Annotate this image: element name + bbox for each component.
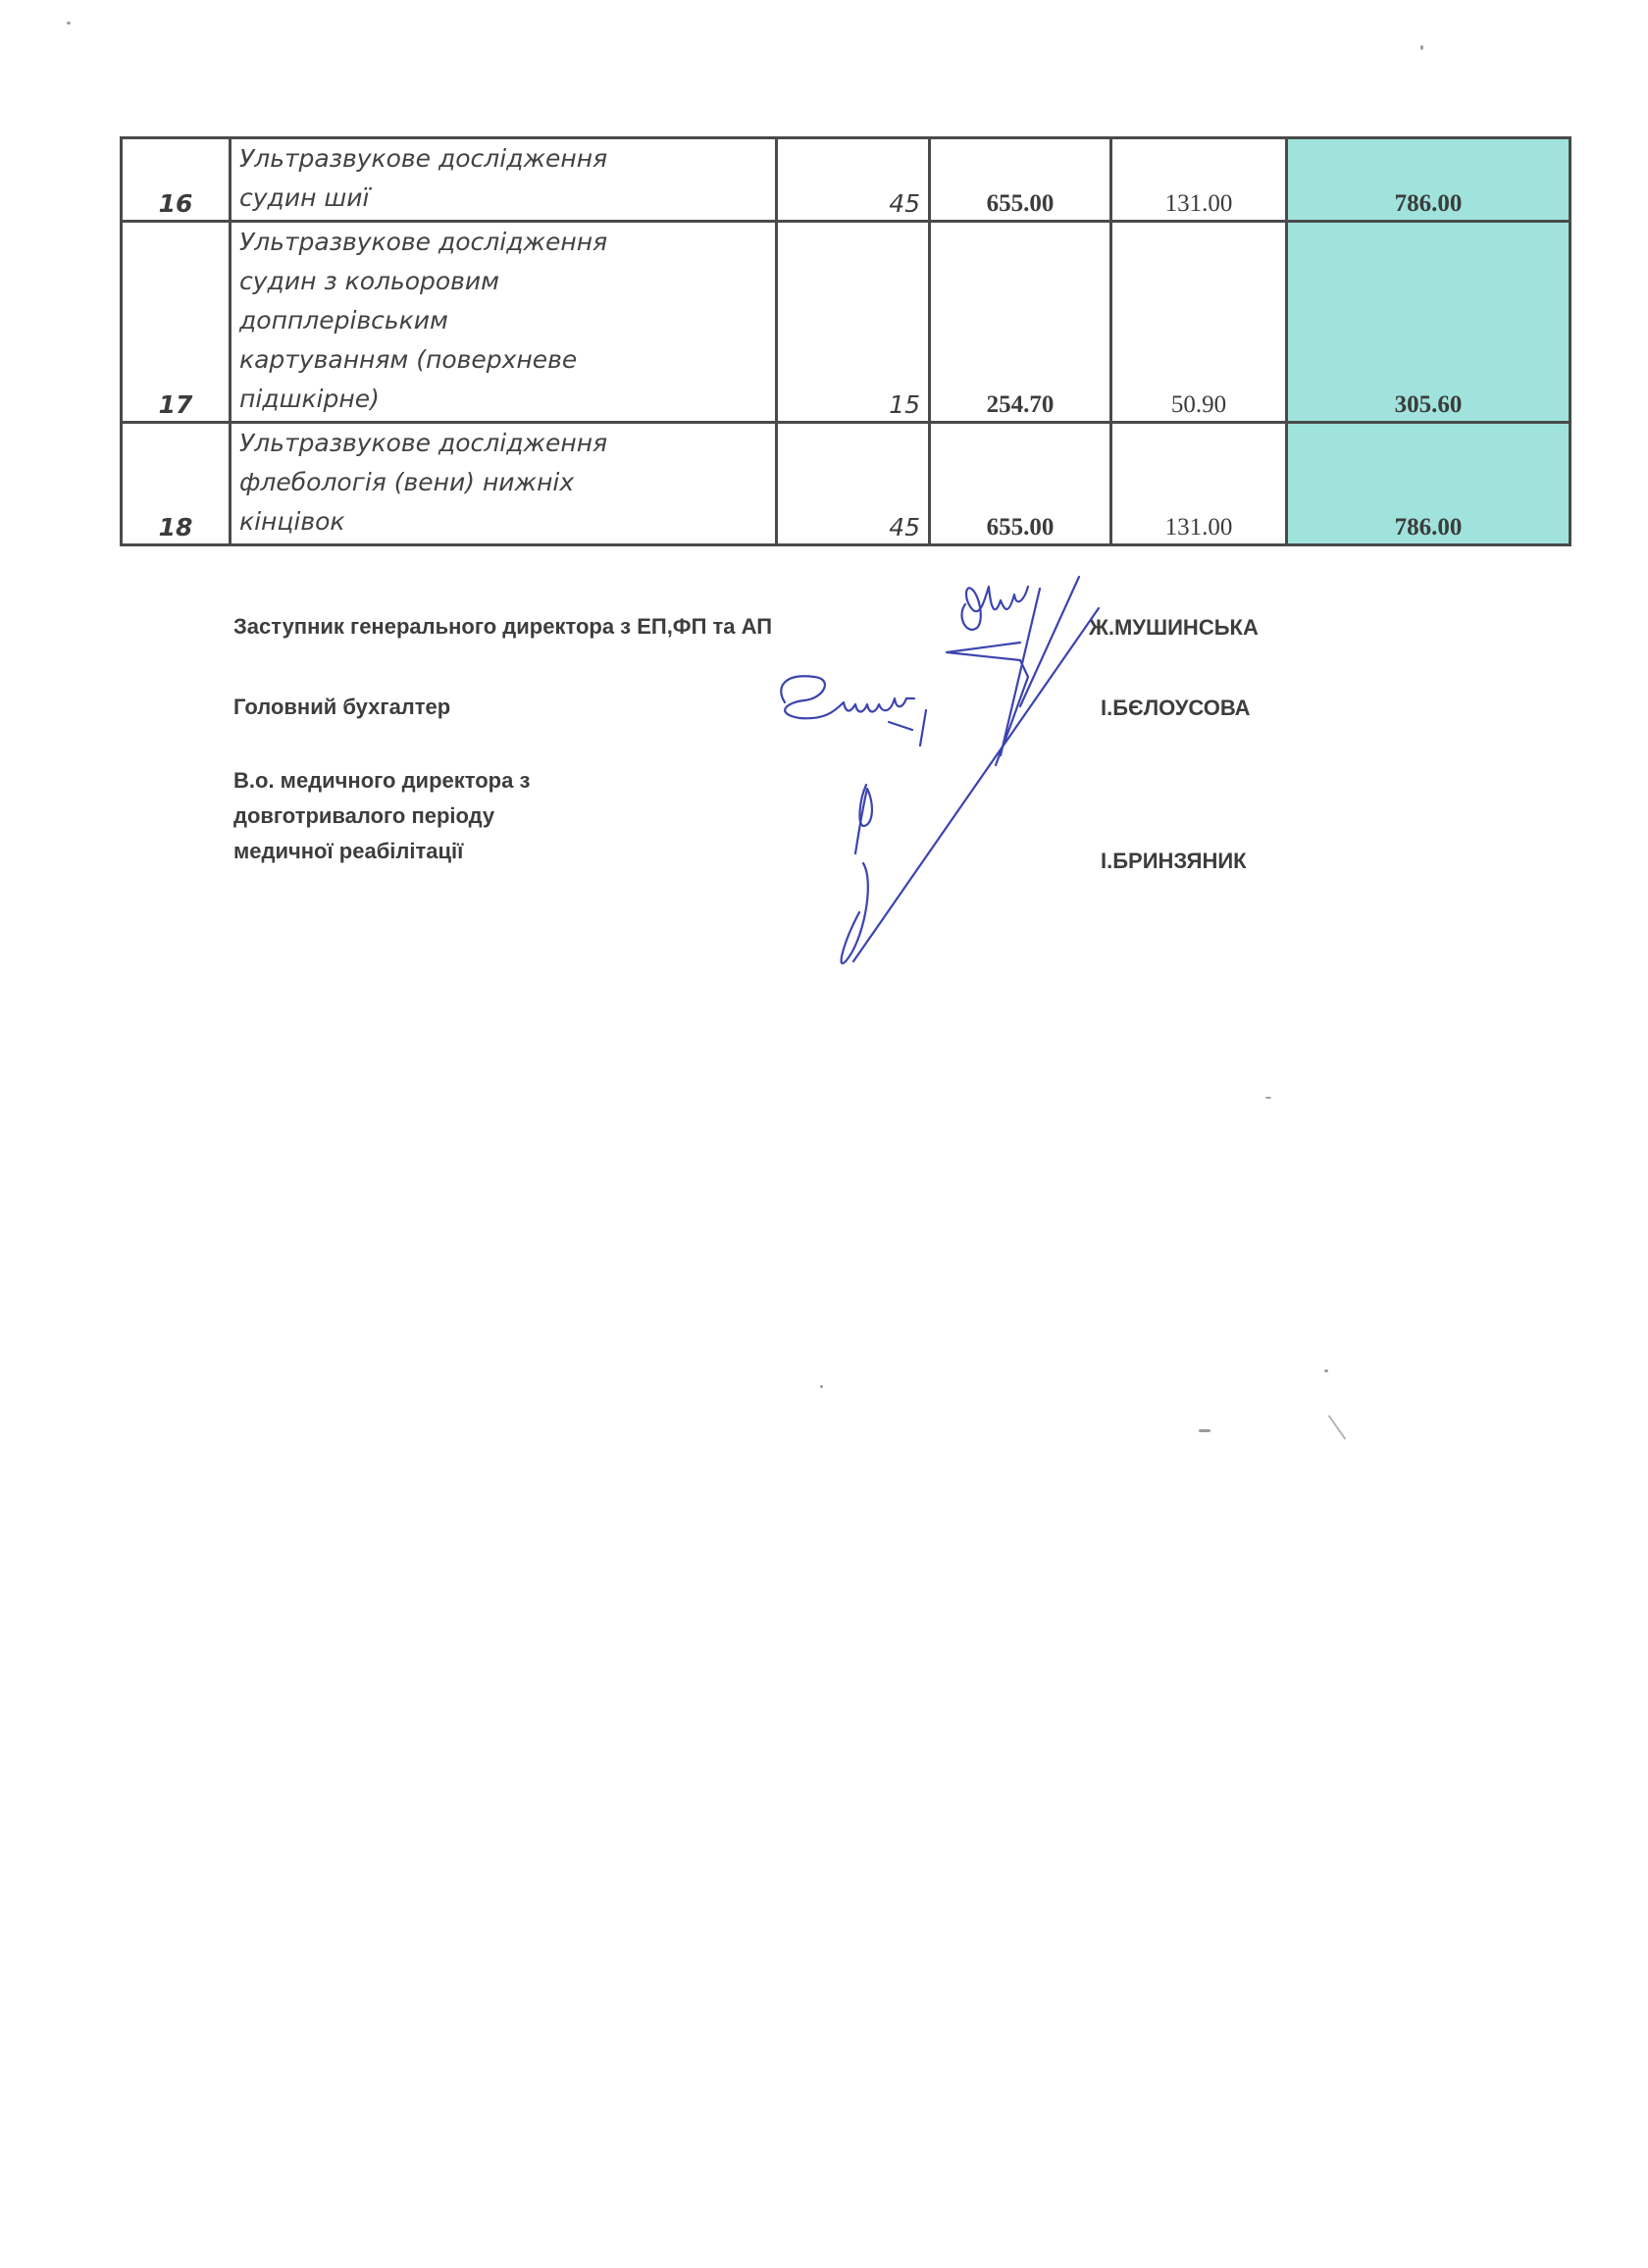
table-row: 16 Ультразвукове дослідженнясудин шиї 45… <box>122 138 1571 222</box>
row-number: 16 <box>122 138 231 222</box>
price: 254.70 <box>930 222 1111 423</box>
signatory-name-deputy-director: Ж.МУШИНСЬКА <box>1089 615 1259 641</box>
scan-speck <box>1328 1415 1347 1440</box>
scan-speck <box>1199 1429 1210 1432</box>
price: 655.00 <box>930 138 1111 222</box>
vat: 131.00 <box>1111 423 1287 545</box>
scan-speck <box>1265 1097 1271 1099</box>
duration: 15 <box>777 222 930 423</box>
signatory-position-medical-director: В.о. медичного директора з довготривалог… <box>233 763 530 869</box>
signatory-position-deputy-director: Заступник генерального директора з ЕП,ФП… <box>233 609 772 644</box>
row-number: 17 <box>122 222 231 423</box>
table-row: 18 Ультразвукове дослідженняфлебологія (… <box>122 423 1571 545</box>
duration: 45 <box>777 138 930 222</box>
scan-speck <box>820 1385 823 1388</box>
total: 786.00 <box>1287 138 1571 222</box>
signature-medical-director <box>842 608 1099 963</box>
scan-speck <box>67 22 71 25</box>
signature-deputy-director <box>947 577 1079 765</box>
total: 786.00 <box>1287 423 1571 545</box>
service-name: Ультразвукове дослідженнясудин шиї <box>231 138 777 222</box>
vat: 131.00 <box>1111 138 1287 222</box>
service-name: Ультразвукове дослідженняфлебологія (вен… <box>231 423 777 545</box>
price: 655.00 <box>930 423 1111 545</box>
vat: 50.90 <box>1111 222 1287 423</box>
signatory-position-chief-accountant: Головний бухгалтер <box>233 690 450 725</box>
duration: 45 <box>777 423 930 545</box>
total: 305.60 <box>1287 222 1571 423</box>
table-row: 17 Ультразвукове дослідженнясудин з коль… <box>122 222 1571 423</box>
signatory-name-medical-director: І.БРИНЗЯНИК <box>1101 849 1247 874</box>
scan-speck <box>1420 45 1423 50</box>
service-name: Ультразвукове дослідженнясудин з кольоро… <box>231 222 777 423</box>
price-table: 16 Ультразвукове дослідженнясудин шиї 45… <box>120 136 1571 546</box>
signature-chief-accountant <box>781 676 926 746</box>
row-number: 18 <box>122 423 231 545</box>
scan-speck <box>1324 1369 1328 1372</box>
signatory-name-chief-accountant: І.БЄЛОУСОВА <box>1101 696 1251 721</box>
